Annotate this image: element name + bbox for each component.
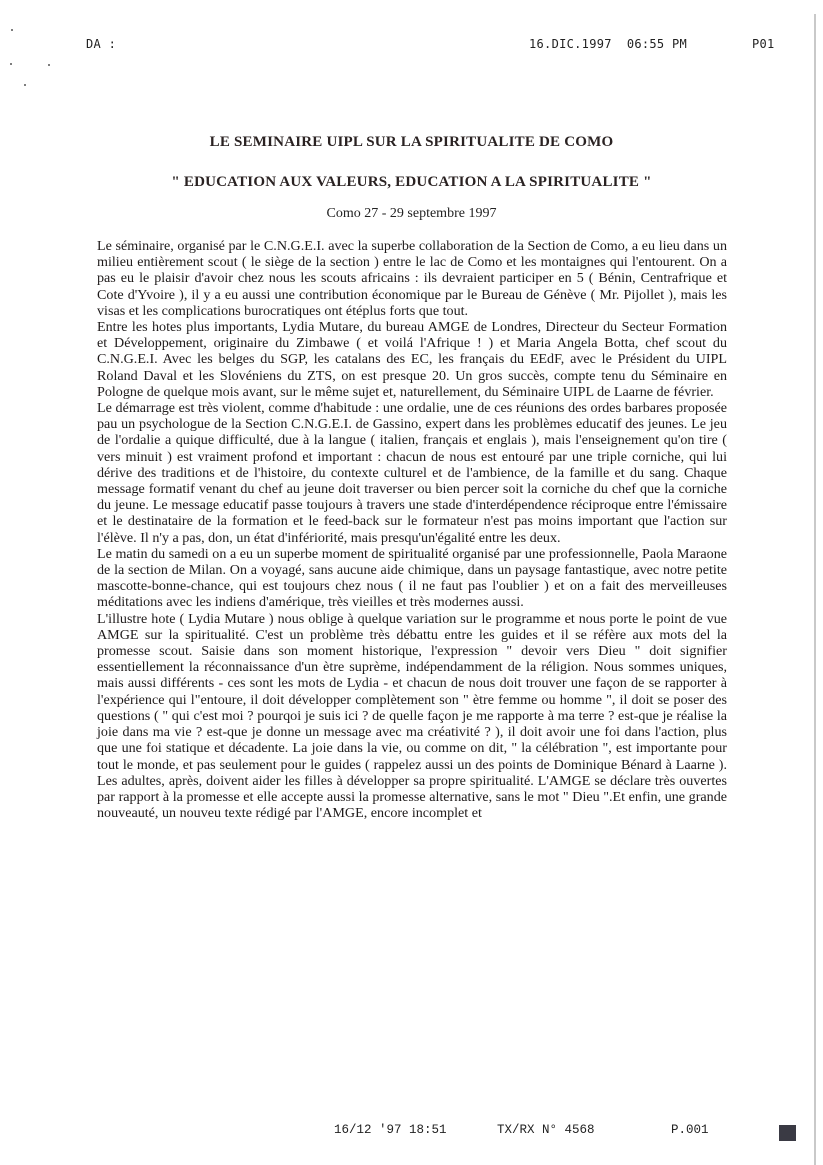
scan-speck: [11, 29, 13, 31]
document-subtitle: " EDUCATION AUX VALEURS, EDUCATION A LA …: [0, 174, 823, 191]
document-body: Le séminaire, organisé par le C.N.G.E.I.…: [97, 238, 727, 821]
paragraph: L'illustre hote ( Lydia Mutare ) nous ob…: [97, 611, 727, 822]
paragraph: Le démarrage est très violent, comme d'h…: [97, 400, 727, 546]
fax-page: DA : 16.DIC.1997 06:55 PM P01 LE SEMINAI…: [0, 0, 823, 1165]
fax-header-datetime: 16.DIC.1997 06:55 PM: [529, 37, 687, 51]
fax-footer-page: P.001: [671, 1123, 709, 1137]
fax-registration-mark: [779, 1125, 796, 1141]
scan-speck: [10, 63, 12, 65]
paragraph: Le matin du samedi on a eu un superbe mo…: [97, 546, 727, 611]
paragraph: Le séminaire, organisé par le C.N.G.E.I.…: [97, 238, 727, 319]
scan-speck: [48, 64, 50, 66]
scan-speck: [24, 84, 26, 86]
fax-footer-datetime: 16/12 '97 18:51: [334, 1123, 447, 1137]
fax-header-page: P01: [752, 37, 775, 51]
document-title: LE SEMINAIRE UIPL SUR LA SPIRITUALITE DE…: [0, 134, 823, 151]
paragraph: Entre les hotes plus importants, Lydia M…: [97, 319, 727, 400]
fax-footer-txrx: TX/RX N° 4568: [497, 1123, 595, 1137]
document-place-date: Como 27 - 29 septembre 1997: [0, 206, 823, 222]
fax-header-from: DA :: [86, 37, 116, 51]
